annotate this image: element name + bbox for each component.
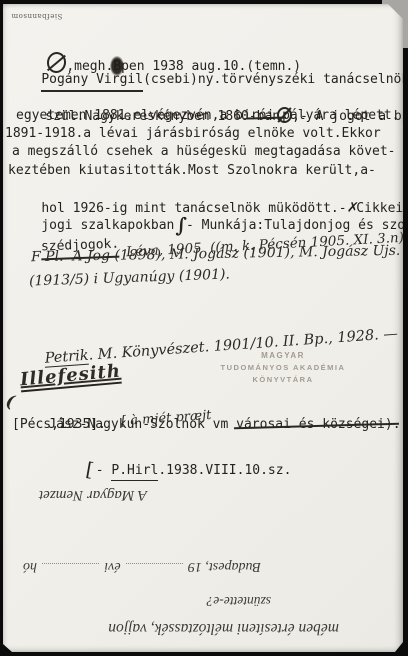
scanned-index-card-page: { "colors": { "card_bg": "#f1efe9", "fra… bbox=[0, 0, 408, 656]
bio-line-2: egyetemen 1881.elvégezvén,a birói pályár… bbox=[16, 107, 400, 126]
person-title: (csebi)ny.törvényszéki tanácselnök, bbox=[143, 72, 408, 87]
library-stamp: MAGYAR TUDOMÁNYOS AKADÉMIA KÖNYVTÁRA bbox=[213, 350, 353, 386]
hand-mark-over-paren: ( bbox=[4, 391, 17, 412]
form-ho-label: hó bbox=[23, 558, 37, 574]
phirl-post: .1938.VIII.10.sz. bbox=[158, 463, 291, 478]
form-budapest-label: Budapest, 19 bbox=[188, 558, 261, 574]
publication-struck: városai és községei) bbox=[236, 416, 393, 435]
stamp-line-3: KÖNYVTÁRA bbox=[213, 374, 353, 386]
stamp-line-2: TUDOMÁNYOS AKADÉMIA bbox=[213, 362, 353, 374]
phirl-underlined: P.Hirl bbox=[111, 462, 158, 482]
reused-form-magyar-nemzet: A Magyar Nemzet bbox=[9, 486, 147, 503]
rotated-print-fragment: Siefbannsom bbox=[11, 12, 62, 20]
dotted-leader bbox=[42, 563, 99, 565]
reused-form-meben: mében értesíteni méltóztassék, vajjon bbox=[19, 619, 339, 637]
phirl-pre: - bbox=[96, 463, 112, 478]
hand-bracket-icon: [ bbox=[85, 460, 96, 480]
pecs-line: [Pécs,1935]. bbox=[12, 416, 106, 435]
reused-form-szuntette: szüntette-e? bbox=[179, 593, 271, 609]
bio-line-4: a megszálló csehek a hüségeskü megtagadá… bbox=[12, 143, 396, 162]
bio-line-5: keztében kiutasitották.Most Szolnokra ke… bbox=[8, 162, 376, 181]
form-evi-label: évi bbox=[104, 558, 120, 574]
stamp-line-1: MAGYAR bbox=[213, 350, 353, 362]
dotted-leader bbox=[126, 563, 183, 565]
bio-line-3: 1891-1918.a lévai járásbiróság elnöke vo… bbox=[5, 125, 381, 144]
index-card: Siefbannsom ,megh.Bpen 1938 aug.10.(temn… bbox=[3, 4, 403, 652]
reused-form-date-line: Budapest, 19 évi hó bbox=[23, 558, 261, 574]
